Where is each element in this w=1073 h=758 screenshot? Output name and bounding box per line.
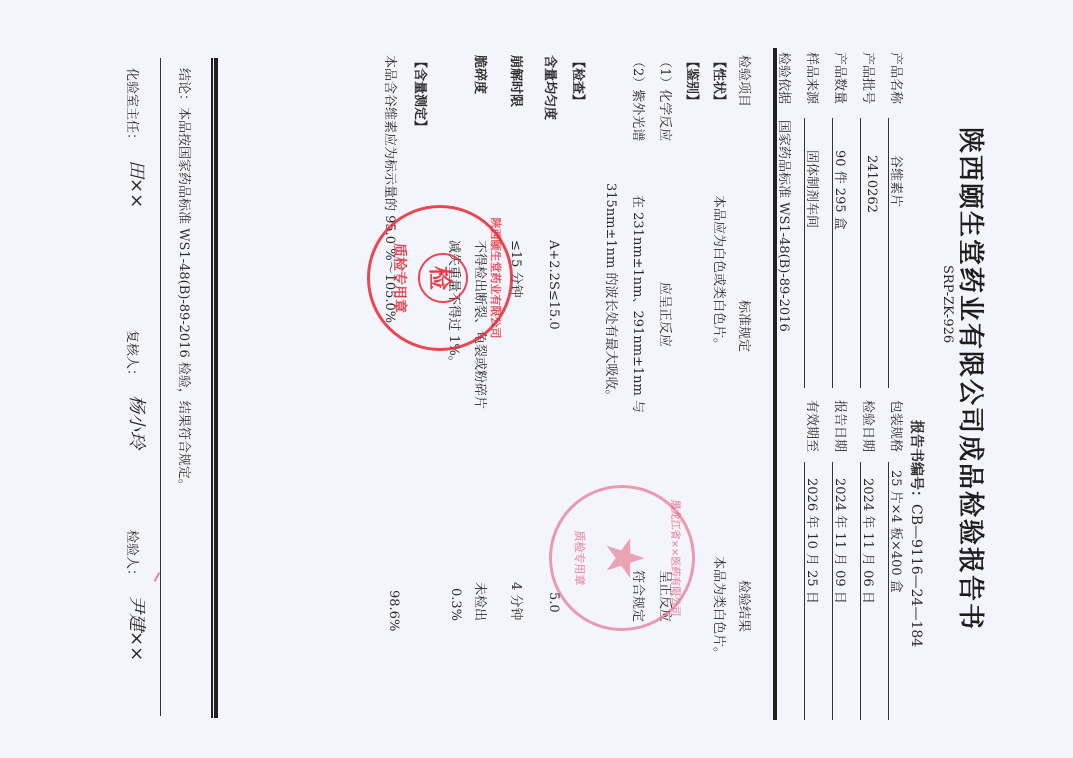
test-date-label: 检验日期 (860, 400, 879, 452)
table-row-item: 脆碎度 (472, 55, 491, 94)
expiry-value: 2026 年 10 月 25 日 (804, 478, 823, 604)
product-name-label: 产品名称 (888, 52, 907, 104)
quantity-label: 产品数量 (832, 52, 851, 104)
table-row-item: 【性状】 (711, 55, 730, 107)
table-row-item: 含量均匀度 (542, 55, 561, 120)
table-row-item: 【检查】 (570, 55, 589, 107)
table-row-item: 崩解时限 (508, 55, 527, 107)
reviewer-signature: 杨小玲 (125, 395, 151, 449)
conclusion-top-rule-double (214, 58, 218, 718)
underline (804, 118, 805, 388)
underline (804, 462, 805, 720)
qc-stamp-center-char: 检 (425, 253, 460, 303)
test-date-value: 2024 年 11 月 06 日 (860, 478, 879, 604)
table-row-result: 4 分钟 (508, 582, 527, 620)
packaging-label: 包装规格 (888, 400, 907, 452)
conclusion-bottom-rule (160, 58, 161, 716)
lab-director-label: 化验室主任： (124, 68, 143, 146)
report-date-value: 2024 年 11 月 09 日 (832, 478, 851, 604)
inspector-label: 检验人： (124, 530, 143, 582)
basis-value: 国家药品标准 WS1-48(B)-89-2016 (776, 120, 795, 332)
underline (888, 462, 889, 720)
underline (832, 118, 833, 388)
conclusion-text: 本品按国家药品标准 WS1-48(B)-89-2016 检验，结果符合规定。 (176, 107, 191, 492)
report-number-label: 报告书编号： (908, 420, 924, 504)
table-row-item: 【含量测定】 (412, 55, 431, 133)
report-number: 报告书编号：CB—9116—24—184 (907, 420, 927, 647)
table-row-standard: 在 231nm±1nm、291nm±1nm 与 (630, 195, 649, 413)
underline (832, 462, 833, 720)
batch-no-value: 2410262 (864, 155, 879, 213)
sample-source-label: 样品来源 (804, 52, 823, 104)
packaging-value: 25 片×4 板×400 盒 (888, 470, 907, 593)
conclusion: 结论：本品按国家药品标准 WS1-48(B)-89-2016 检验，结果符合规定… (176, 68, 195, 492)
underline (860, 118, 861, 388)
table-row-item: 【鉴别】 (684, 55, 703, 107)
inspection-report-page: 陕西颐生堂药业有限公司成品检验报告书 SRP-ZK-926 报告书编号：CB—9… (0, 0, 1073, 758)
table-row-standard: A+2.2S≤15.0 (546, 240, 561, 330)
basis-label: 检验依据 (776, 52, 795, 104)
report-number-value: CB—9116—24—184 (908, 504, 924, 647)
qc-stamp-ring-text: 陕西颐生堂药业有限公司 (488, 208, 504, 348)
table-row-result-line2: 0.3% (448, 588, 463, 621)
sample-source-value: 固体制剂车间 (804, 150, 823, 228)
table-row-standard-line2: 315nm±1nm 的波长处有最大吸收。 (603, 183, 622, 403)
table-row-result: 未检出 (472, 582, 491, 621)
report-date-label: 报告日期 (832, 400, 851, 452)
external-stamp-ring-text: 黑龙江省××医药有限公司 (669, 488, 684, 628)
product-name-value: 谷维素片 (888, 155, 907, 207)
star-icon: ★ (594, 488, 654, 628)
external-stamp-bottom-text: 质检专用章 (572, 488, 588, 628)
table-row-item: （1）化学反应 (657, 55, 676, 141)
reviewer-label: 复核人： (124, 330, 143, 382)
table-row-result: 本品为类白色片。 (711, 556, 730, 660)
table-row-item: （2）紫外光谱 (630, 55, 649, 141)
table-top-rule (773, 48, 777, 720)
expiry-label: 有效期至 (804, 400, 823, 452)
col-header-item: 检验项目 (736, 55, 755, 107)
inspector-signature: 尹建×× (125, 595, 151, 661)
underline (860, 462, 861, 720)
batch-no-label: 产品批号 (860, 52, 879, 104)
underline (888, 118, 889, 388)
table-row-result: 98.6% (386, 590, 401, 631)
form-code: SRP-ZK-926 (940, 265, 955, 343)
report-title: 陕西颐生堂药业有限公司成品检验报告书 (954, 0, 991, 758)
qc-stamp-bottom-text: 质检专用章 (390, 208, 410, 348)
col-header-result: 检验结果 (736, 580, 755, 632)
external-qc-stamp: 黑龙江省××医药有限公司 ★ 质检专用章 (549, 485, 695, 631)
conclusion-label: 结论： (176, 68, 191, 107)
qc-stamp: 陕西颐生堂药业有限公司 检 质检专用章 (367, 205, 513, 351)
table-row-standard: 本品应为白色或类白色片。 (711, 195, 730, 351)
conclusion-top-rule (211, 58, 213, 718)
table-row-standard: 应呈正反应 (657, 282, 676, 347)
lab-director-signature: 田×× (125, 160, 151, 208)
col-header-standard: 标准规定 (736, 300, 755, 352)
quantity-value: 90 件 295 盒 (832, 150, 851, 230)
